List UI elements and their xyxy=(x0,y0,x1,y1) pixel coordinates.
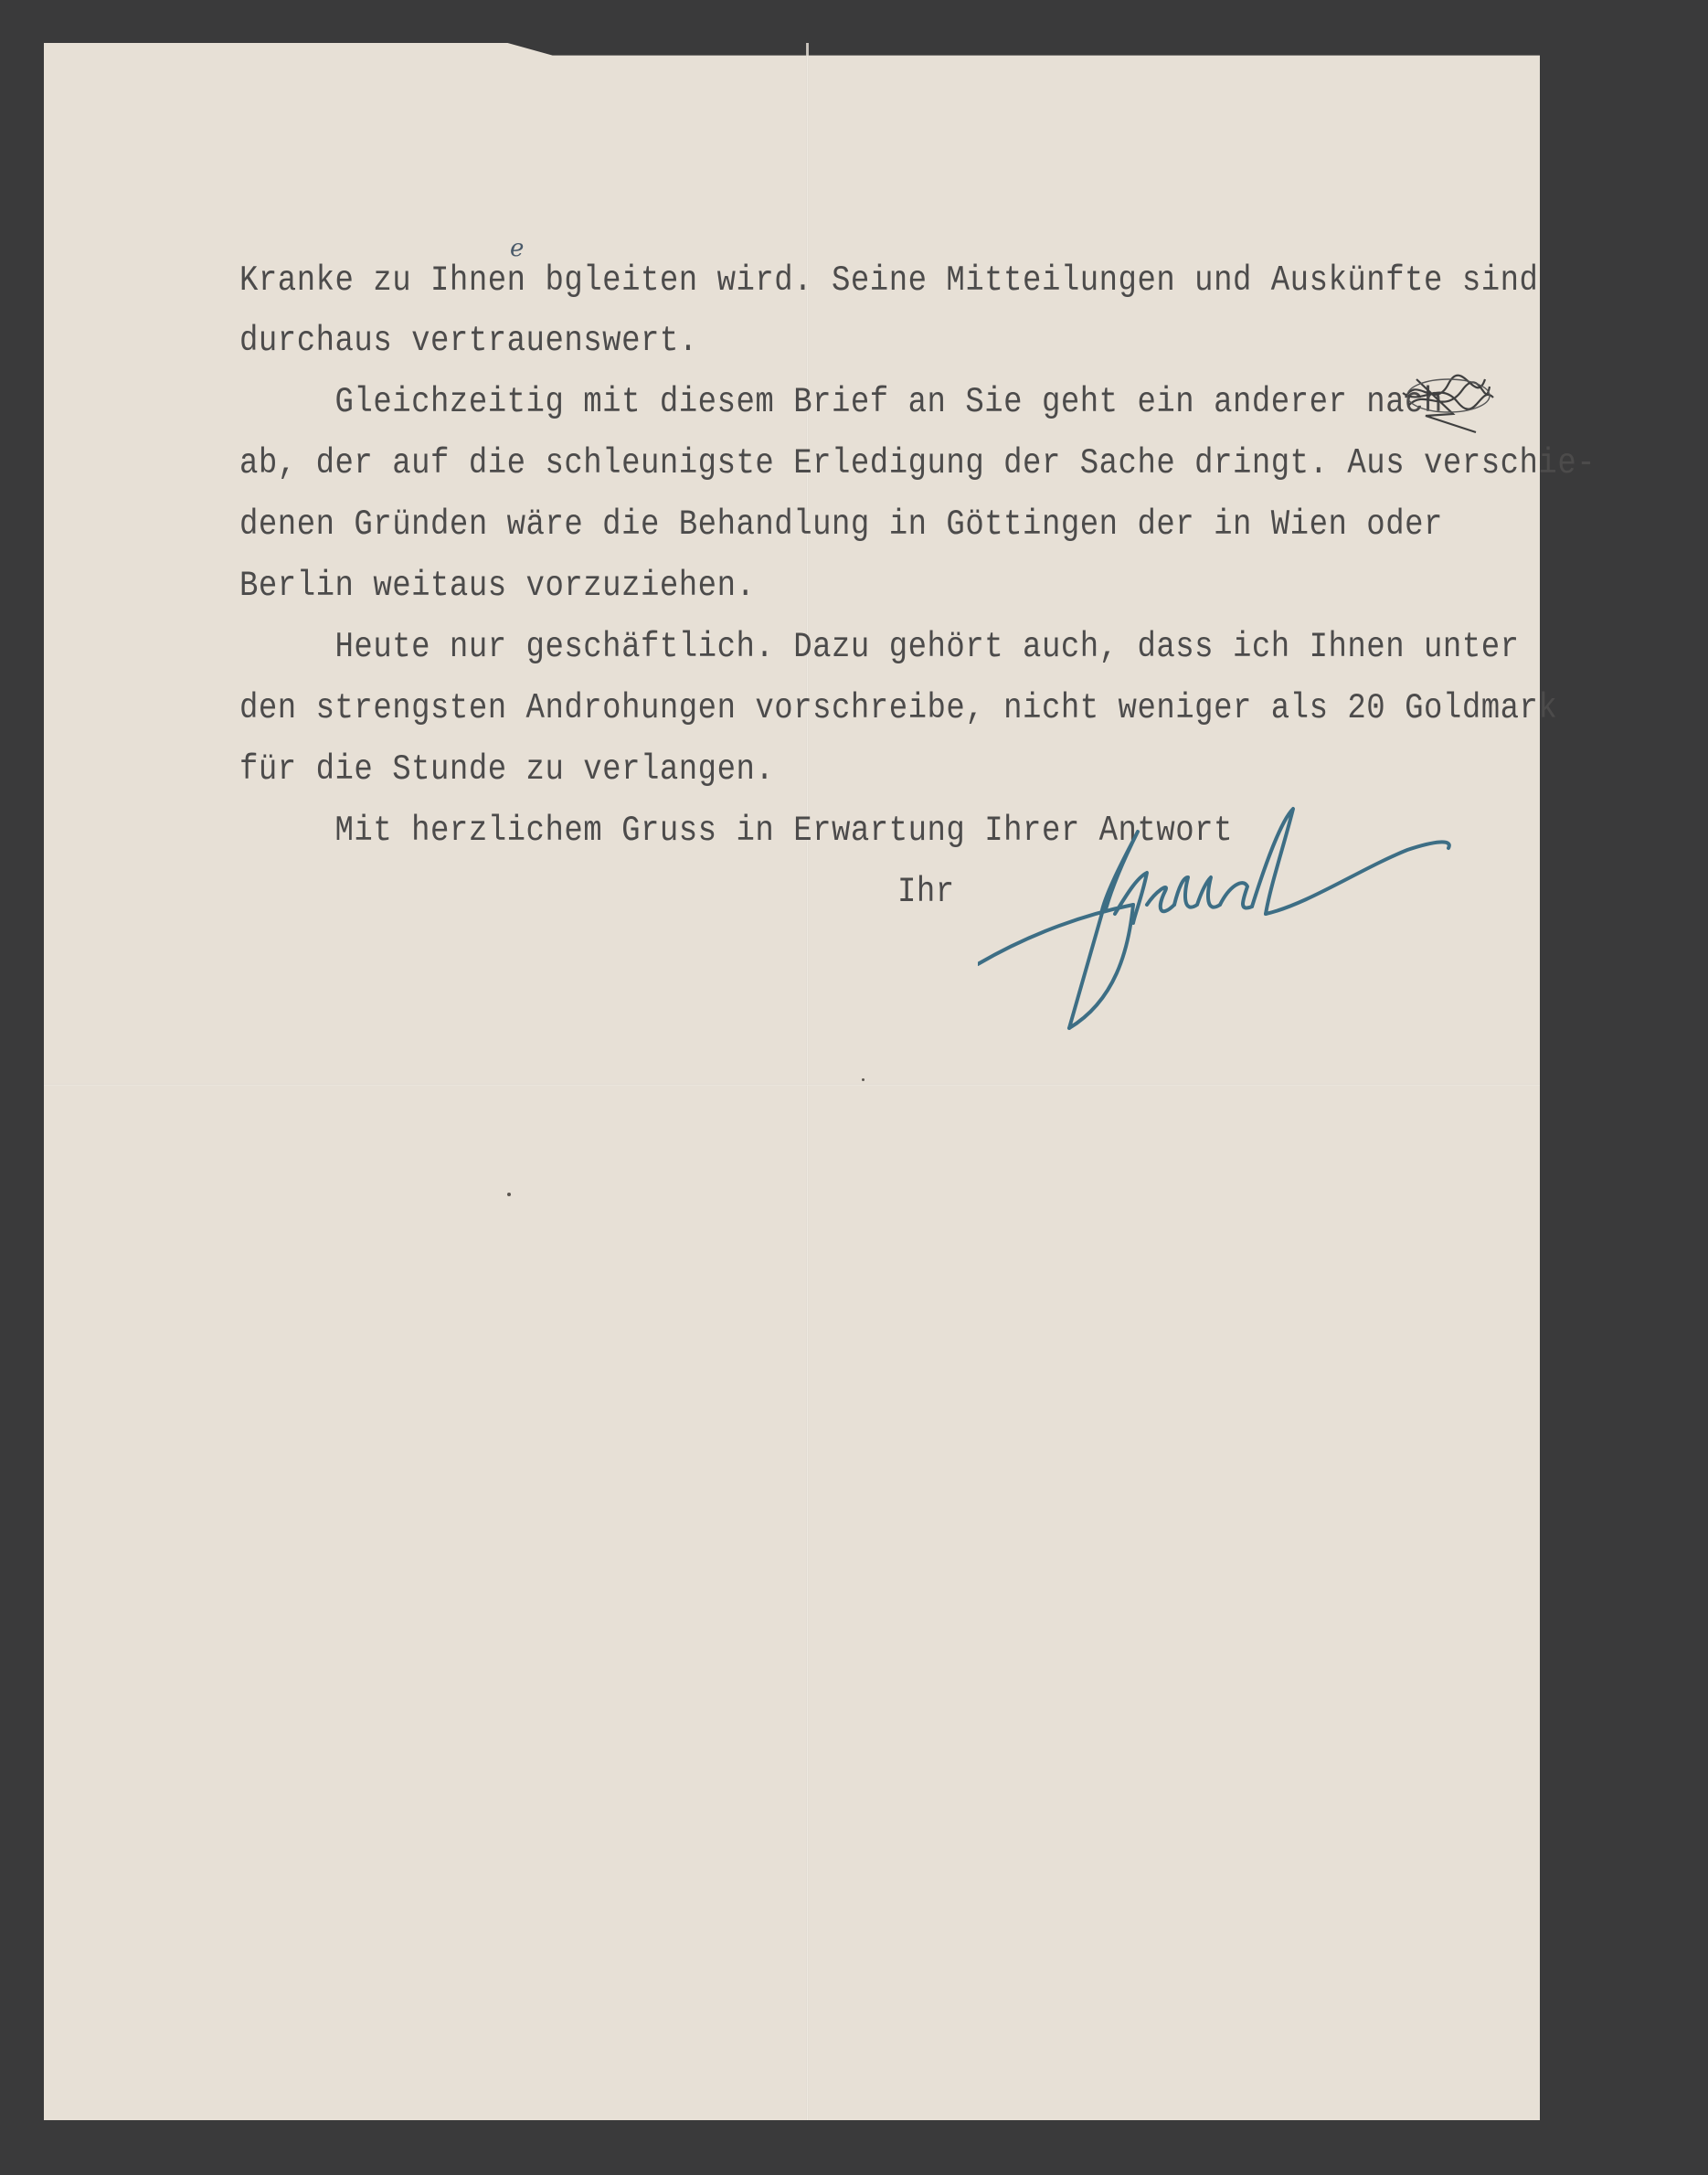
letter-line: Gleichzeitig mit diesem Brief an Sie geh… xyxy=(239,382,1443,424)
letter-line: Kranke zu Ihnen bgleiten wird. Seine Mit… xyxy=(239,260,1538,302)
signature-freud-scrawl xyxy=(978,804,1618,1042)
paper-speck xyxy=(507,1193,511,1196)
vertical-fold-crease xyxy=(806,43,809,2120)
letter-line: Berlin weitaus vorzuziehen. xyxy=(239,566,755,608)
letter-line: den strengsten Androhungen vorschreibe, … xyxy=(239,688,1557,730)
paper-speck xyxy=(862,1078,865,1081)
signature: Freud xyxy=(978,804,1618,1042)
letter-line: ab, der auf die schleunigste Erledigung … xyxy=(239,443,1596,485)
closing-salutation: Ihr xyxy=(897,873,955,913)
letter-line: durchaus vertrauenswert. xyxy=(239,321,698,363)
letter-line: denen Gründen wäre die Behandlung in Göt… xyxy=(239,504,1443,546)
handwritten-correction: e xyxy=(510,235,525,262)
letter-line: Heute nur geschäftlich. Dazu gehört auch… xyxy=(239,627,1520,669)
horizontal-fold-crease xyxy=(44,1084,1540,1086)
letter-line: für die Stunde zu verlangen. xyxy=(239,749,774,791)
crossed-out-word-scribble xyxy=(1398,370,1499,434)
